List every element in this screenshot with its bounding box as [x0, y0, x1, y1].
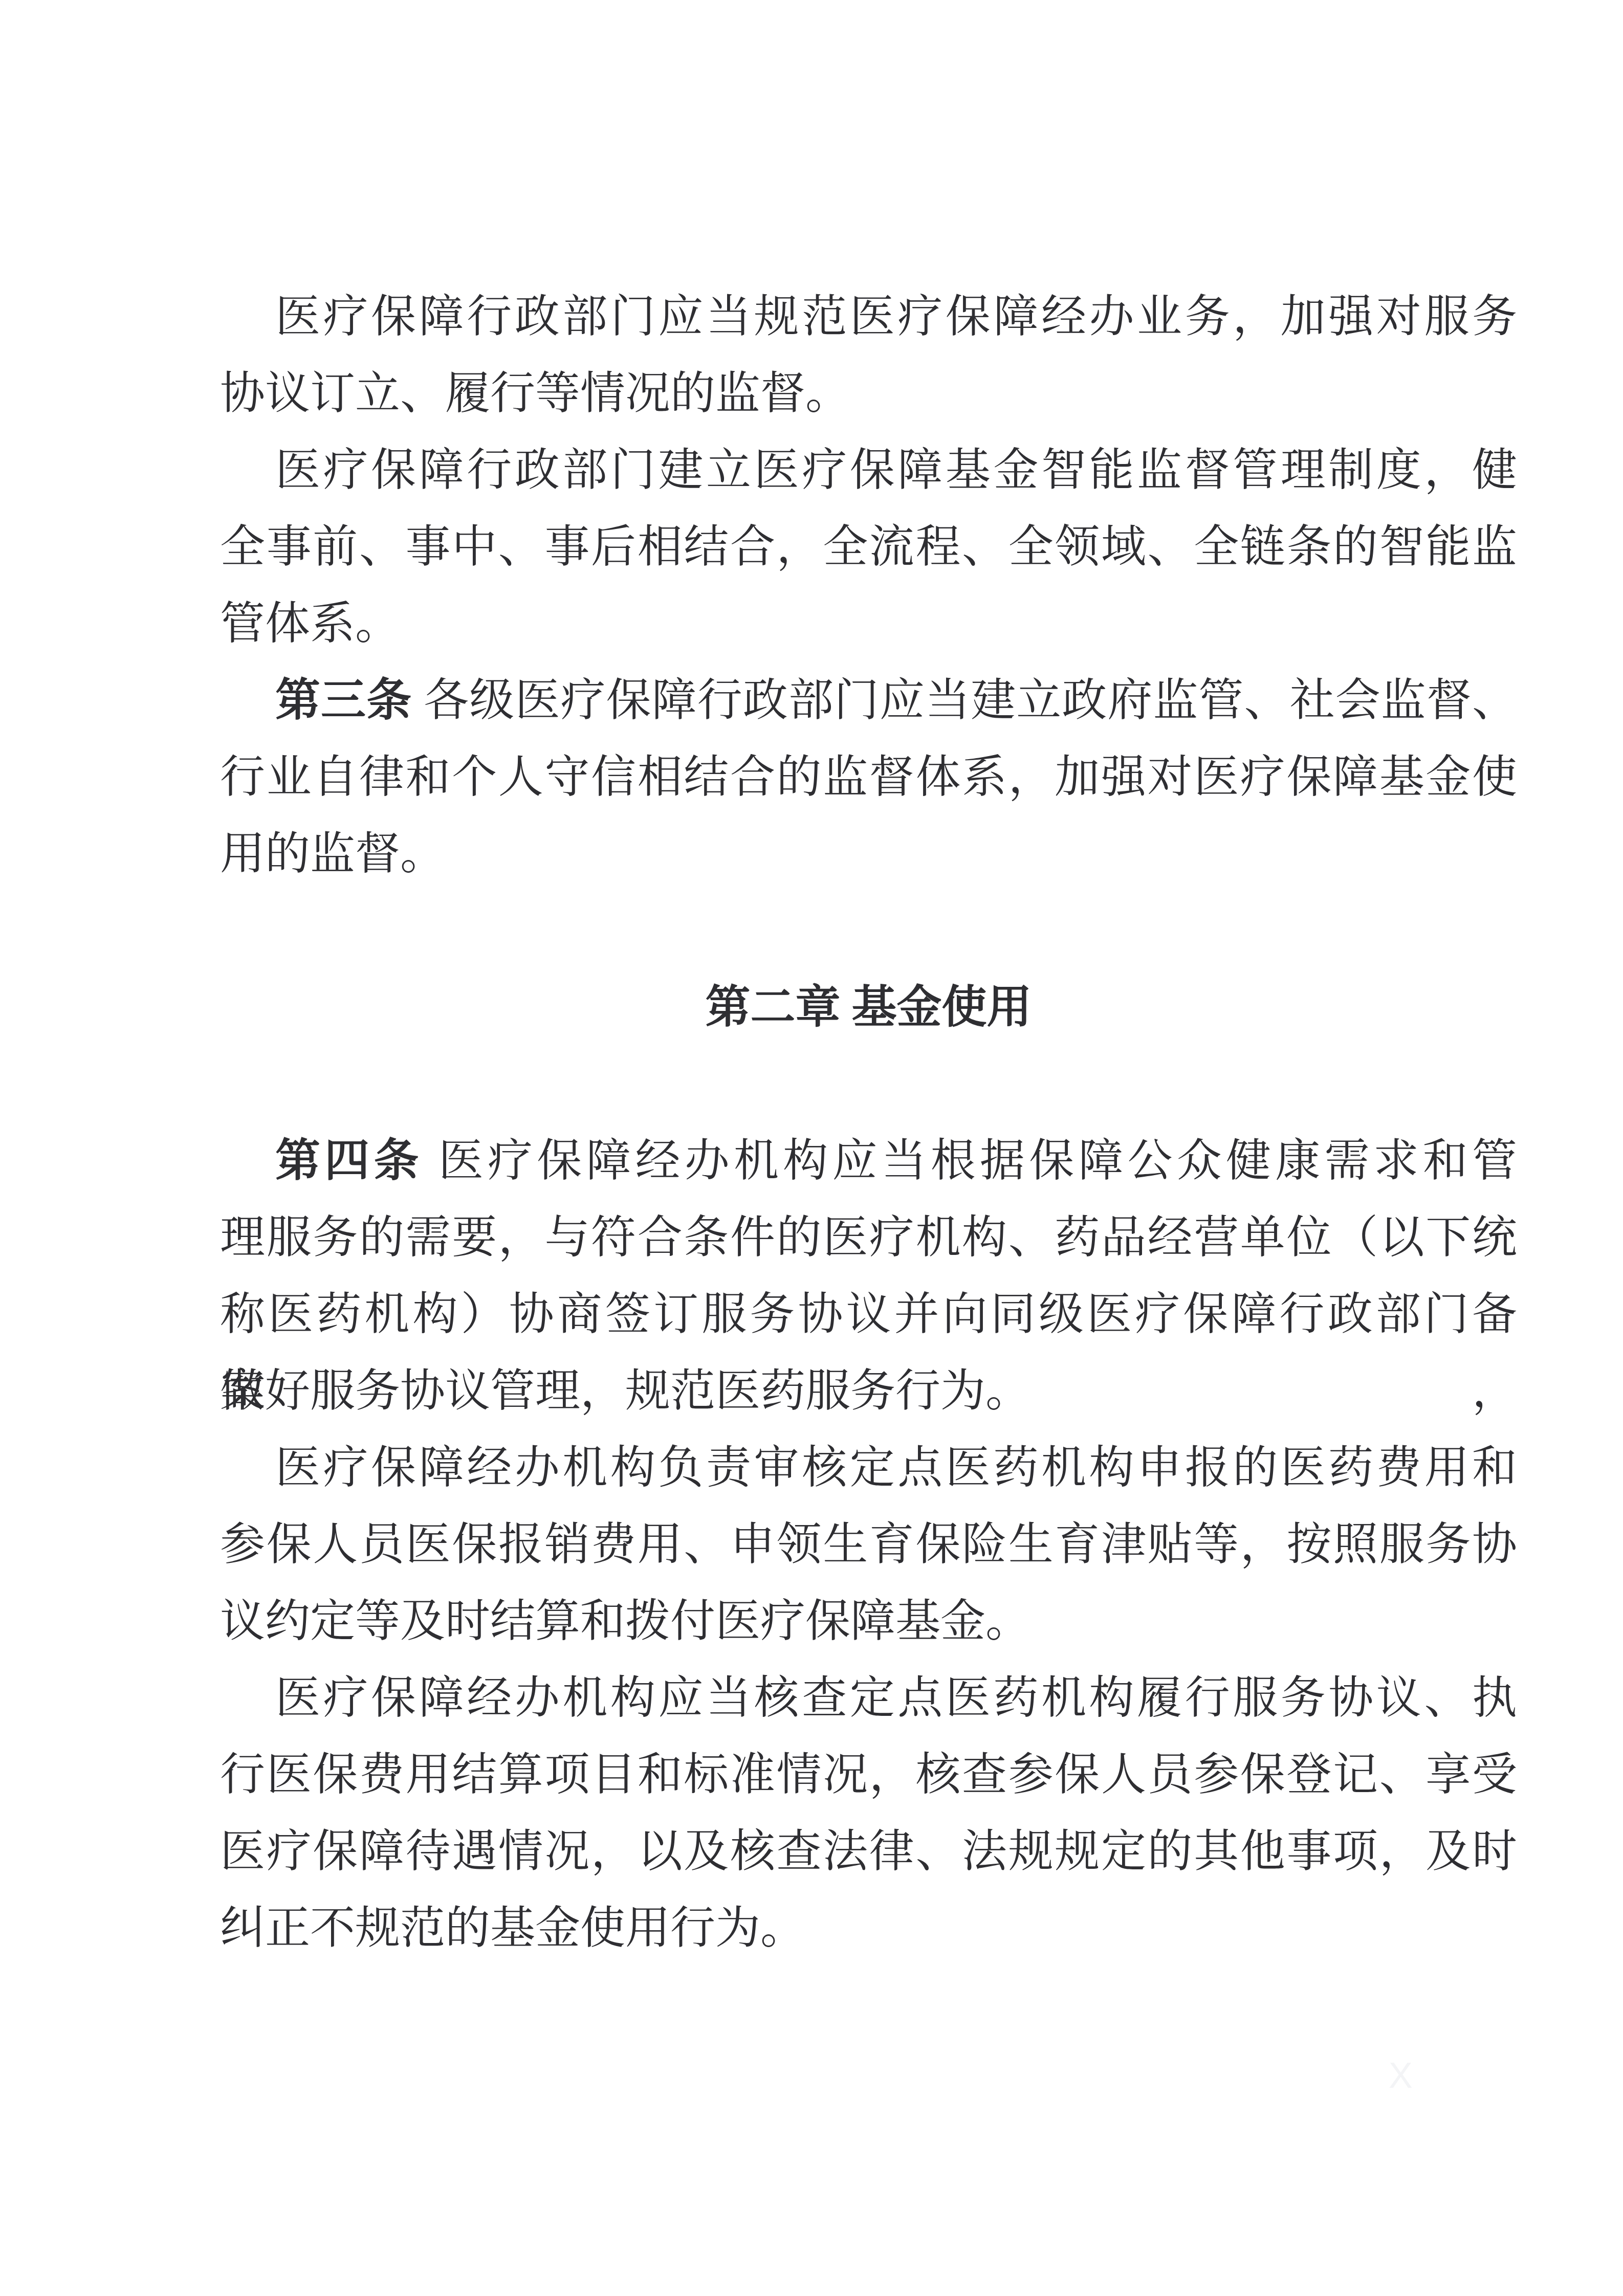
- paragraph: 医疗保障经办机构负责审核定点医药机构申报的医药费用和参保人员医保报销费用、申领生…: [220, 1430, 1517, 1660]
- paragraph: 医疗保障行政部门建立医疗保障基金智能监督管理制度，健全事前、事中、事后相结合，全…: [220, 432, 1517, 663]
- document-page: 医疗保障行政部门应当规范医疗保障经办业务，加强对服务协议订立、履行等情况的监督。…: [0, 0, 1623, 2296]
- watermark-x: X: [1389, 2058, 1413, 2093]
- text-line: 第三条 各级医疗保障行政部门应当建立政府监管、社会监督、: [220, 663, 1517, 739]
- text-line: 称医药机构）协商签订服务协议并向同级医疗保障行政部门备案，: [220, 1276, 1517, 1353]
- text-line: 议约定等及时结算和拨付医疗保障基金。: [220, 1583, 1517, 1660]
- text-line: 医疗保障行政部门建立医疗保障基金智能监督管理制度，健: [220, 432, 1517, 509]
- text-line: 纠正不规范的基金使用行为。: [220, 1890, 1517, 1967]
- text-line: 协议订立、履行等情况的监督。: [220, 356, 1517, 432]
- paragraph: 医疗保障经办机构应当核查定点医药机构履行服务协议、执行医保费用结算项目和标准情况…: [220, 1660, 1517, 1967]
- article-number: 第三条: [275, 676, 424, 725]
- text-line: 用的监督。: [220, 816, 1517, 893]
- chapter-heading-text: 第二章 基金使用: [220, 969, 1517, 1046]
- text-line: 理服务的需要，与符合条件的医疗机构、药品经营单位（以下统: [220, 1200, 1517, 1276]
- chapter-heading: 第二章 基金使用: [220, 969, 1517, 1046]
- paragraph: 第三条 各级医疗保障行政部门应当建立政府监管、社会监督、行业自律和个人守信相结合…: [220, 663, 1517, 893]
- paragraph: 医疗保障行政部门应当规范医疗保障经办业务，加强对服务协议订立、履行等情况的监督。: [220, 279, 1517, 432]
- text-line: 医疗保障待遇情况，以及核查法律、法规规定的其他事项，及时: [220, 1814, 1517, 1890]
- text-line: 医疗保障经办机构应当核查定点医药机构履行服务协议、执: [220, 1660, 1517, 1737]
- text-line: 医疗保障行政部门应当规范医疗保障经办业务，加强对服务: [220, 279, 1517, 356]
- article-number: 第四条: [275, 1136, 438, 1186]
- text-line: 行业自律和个人守信相结合的监督体系，加强对医疗保障基金使: [220, 739, 1517, 816]
- text-line: 医疗保障经办机构负责审核定点医药机构申报的医药费用和: [220, 1430, 1517, 1507]
- text-line: 全事前、事中、事后相结合，全流程、全领域、全链条的智能监: [220, 509, 1517, 586]
- text-line: 管体系。: [220, 586, 1517, 663]
- text-line: 行医保费用结算项目和标准情况，核查参保人员参保登记、享受: [220, 1737, 1517, 1814]
- text-line: 参保人员医保报销费用、申领生育保险生育津贴等，按照服务协: [220, 1507, 1517, 1583]
- document-body: 医疗保障行政部门应当规范医疗保障经办业务，加强对服务协议订立、履行等情况的监督。…: [220, 279, 1517, 1967]
- paragraph: 第四条 医疗保障经办机构应当根据保障公众健康需求和管理服务的需要，与符合条件的医…: [220, 1123, 1517, 1430]
- text-line: 第四条 医疗保障经办机构应当根据保障公众健康需求和管: [220, 1123, 1517, 1200]
